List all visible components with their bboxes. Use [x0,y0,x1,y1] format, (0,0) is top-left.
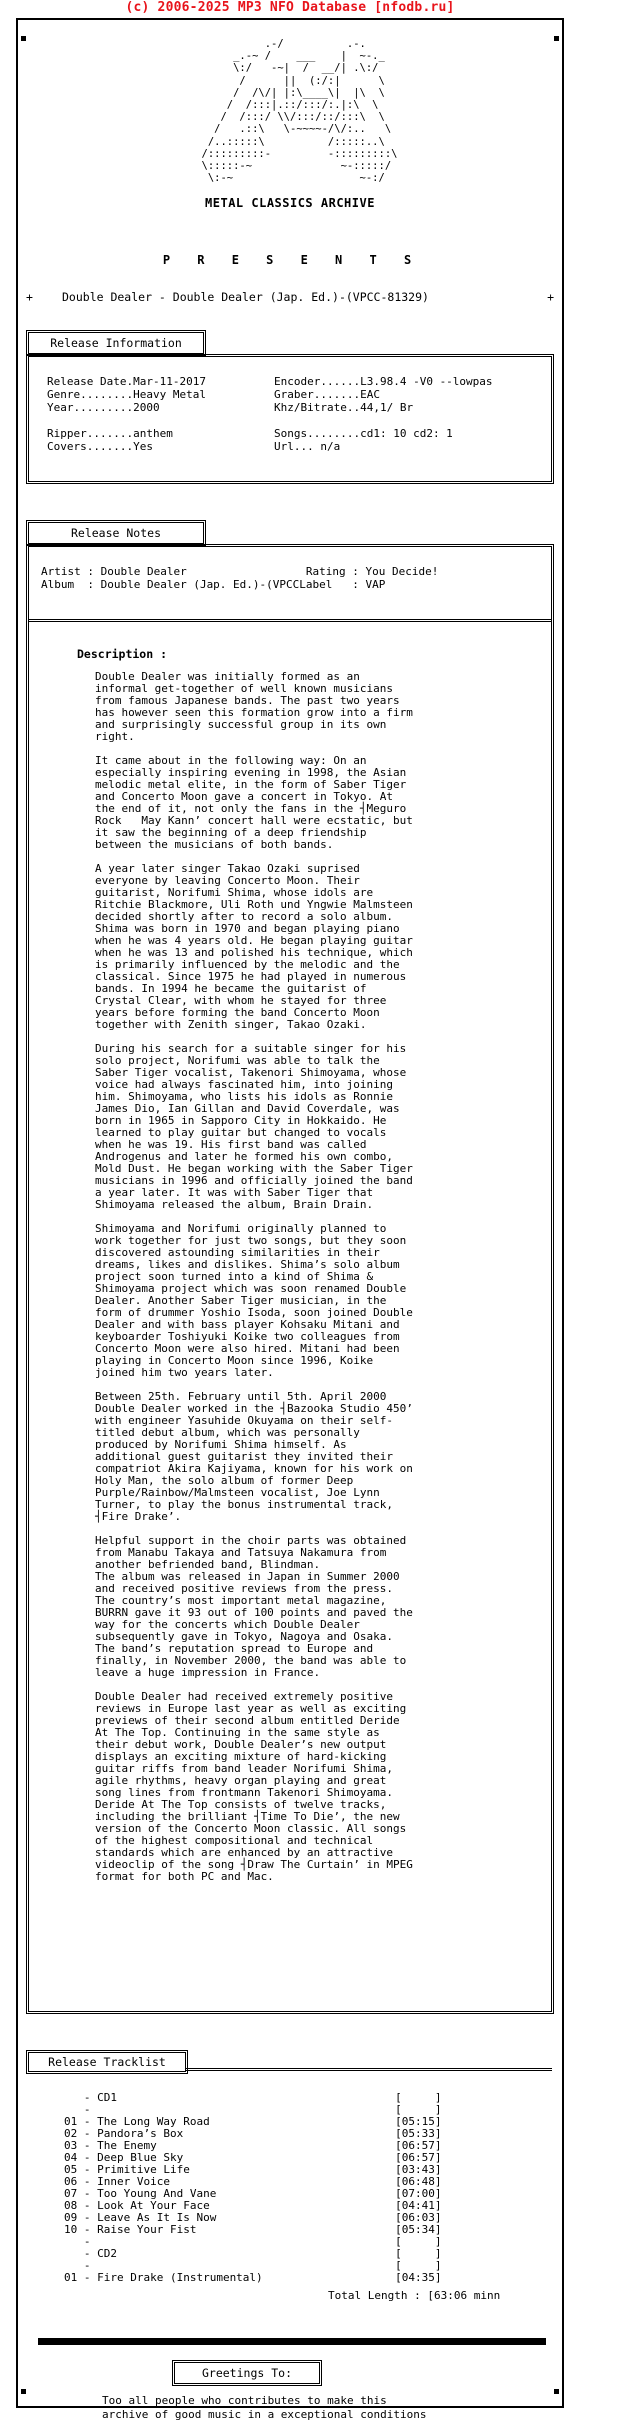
divider [29,619,551,622]
greetings-text: Too all people who contributes to make t… [102,2394,427,2422]
description-paragraph: Shimoyama and Norifumi originally planne… [95,1223,413,1379]
divider-bar [38,2338,546,2345]
description-paragraph: It came about in the following way: On a… [95,755,413,851]
description-paragraph: Helpful support in the choir parts was o… [95,1535,413,1679]
description-paragraph: Double Dealer had received extremely pos… [95,1691,413,1883]
ascii-logo-art: .-/ .-. _.-~ / ___ | ~-._ \:/ -~| / __/|… [183,38,398,184]
greetings-label: Greetings To: [172,2360,322,2386]
tab-release-tracklist: Release Tracklist [26,2050,188,2074]
artist-rating-line: Artist : Double Dealer Rating : You Deci… [41,565,438,578]
description-text: Double Dealer was initially formed as an… [95,671,413,1895]
presents-heading: P R E S E N T S [18,253,562,267]
release-title: Double Dealer - Double Dealer (Jap. Ed.)… [62,290,429,304]
tab-release-notes: Release Notes [26,520,206,546]
description-paragraph: During his search for a suitable singer … [95,1043,413,1211]
release-info-right: Encoder......L3.98.4 -V0 --lowpas Graber… [274,375,493,453]
copyright-link[interactable]: (c) 2006-2025 MP3 NFO Database [nfodb.ru… [0,0,580,16]
description-paragraph: A year later singer Takao Ozaki suprised… [95,863,413,1031]
corner-marker [554,2389,559,2394]
description-label: Description : [77,647,167,661]
archive-name: METAL CLASSICS ARCHIVE [18,196,562,210]
ascii-logo: .-/ .-. _.-~ / ___ | ~-._ \:/ -~| / __/|… [18,38,562,184]
divider [186,2068,552,2071]
nfo-frame: .-/ .-. _.-~ / ___ | ~-._ \:/ -~| / __/|… [16,18,564,2408]
tab-release-information: Release Information [26,330,206,356]
bullet-icon: + [547,290,554,304]
tracklist: - CD1 [ ] - [ ]01 - The Long Way Road [0… [64,2092,442,2284]
release-info-left: Release Date.Mar-11-2017 Genre........He… [47,375,206,453]
total-length: Total Length : [63:06 minn [328,2290,500,2302]
bullet-icon: + [26,290,33,304]
track-row: 01 - Fire Drake (Instrumental) [04:35] [64,2272,442,2284]
corner-marker [21,2389,26,2394]
album-label-line: Album : Double Dealer (Jap. Ed.)-(VPCCLa… [41,578,385,591]
release-notes-box: Artist : Double Dealer Rating : You Deci… [26,544,554,2014]
description-paragraph: Double Dealer was initially formed as an… [95,671,413,743]
release-info-box: Release Date.Mar-11-2017 Genre........He… [26,354,554,484]
description-paragraph: Between 25th. February until 5th. April … [95,1391,413,1523]
